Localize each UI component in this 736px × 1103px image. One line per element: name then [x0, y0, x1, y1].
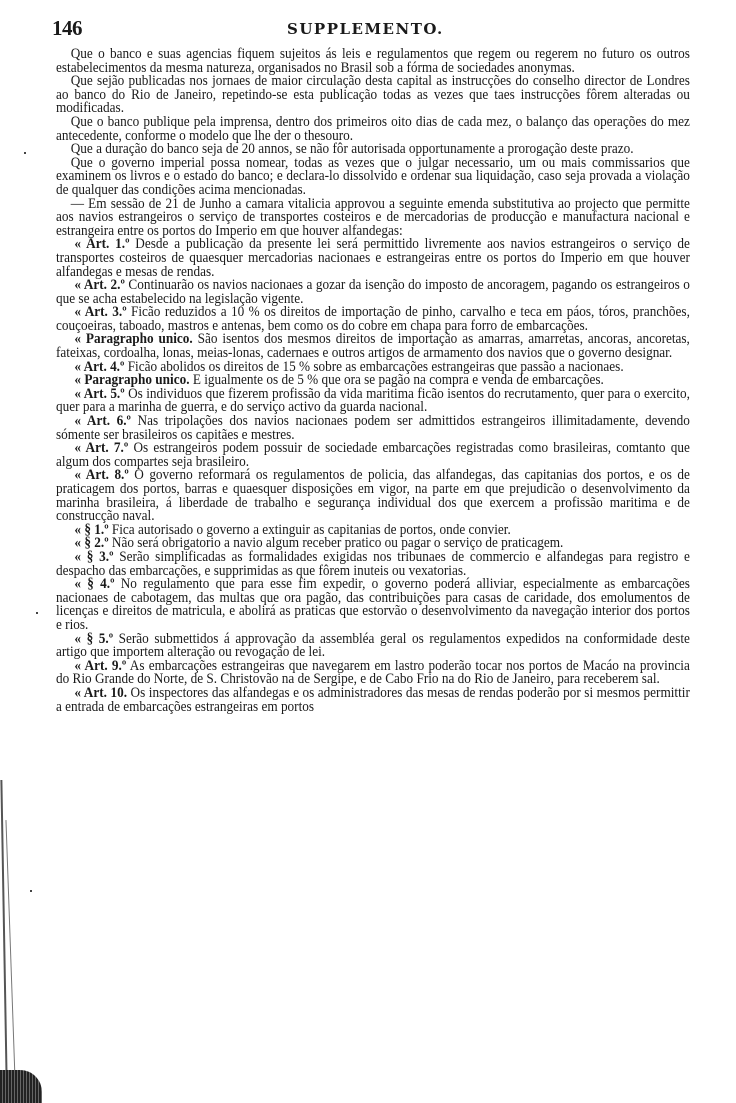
scan-line — [5, 820, 15, 1080]
paragraph: Que o banco e suas agencias fiquem sujei… — [56, 48, 690, 75]
scan-speck — [30, 890, 32, 892]
page-number: 146 — [52, 16, 82, 41]
article-paragraph: « Art. 9.º As embarcações estrangeiras q… — [56, 660, 690, 687]
article-paragraph: « Paragrapho unico. São isentos dos mesm… — [56, 333, 690, 360]
scanned-page: 146 SUPPLEMENTO. Que o banco e suas agen… — [0, 0, 736, 1103]
binding-edge-artifact — [0, 780, 30, 1103]
paragraph: Que o governo imperial possa nomear, tod… — [56, 157, 690, 198]
running-head: SUPPLEMENTO. — [287, 20, 444, 38]
binding-shadow — [0, 1070, 42, 1103]
paragraph: Que sejão publicadas nos jornaes de maio… — [56, 75, 690, 116]
scan-speck — [24, 152, 26, 154]
section-paragraph: « § 5.º Serão submettidos á approvação d… — [56, 633, 690, 660]
article-paragraph: « Art. 3.º Ficão reduzidos a 10 % os dir… — [56, 306, 690, 333]
article-paragraph: « Art. 7.º Os estrangeiros podem possuir… — [56, 442, 690, 469]
article-paragraph: « Art. 1.º Desde a publicação da present… — [56, 238, 690, 279]
session-note-paragraph: — Em sessão de 21 de Junho a camara vita… — [56, 198, 690, 239]
section-paragraph: « § 4.º No regulamento que para esse fim… — [56, 578, 690, 632]
page-header: 146 SUPPLEMENTO. — [52, 16, 692, 44]
article-paragraph: « Art. 5.º Os individuos que fizerem pro… — [56, 388, 690, 415]
article-paragraph: « Art. 8.º O governo reformará os regula… — [56, 469, 690, 523]
body-text: Que o banco e suas agencias fiquem sujei… — [56, 48, 690, 714]
article-paragraph: « Art. 2.º Continuarão os navios naciona… — [56, 279, 690, 306]
section-paragraph: « § 3.º Serão simplificadas as formalida… — [56, 551, 690, 578]
scan-speck — [36, 612, 38, 614]
paragraph: Que o banco publique pela imprensa, dent… — [56, 116, 690, 143]
article-paragraph: « Art. 6.º Nas tripolações dos navios na… — [56, 415, 690, 442]
article-paragraph: « Art. 10. Os inspectores das alfandegas… — [56, 687, 690, 714]
